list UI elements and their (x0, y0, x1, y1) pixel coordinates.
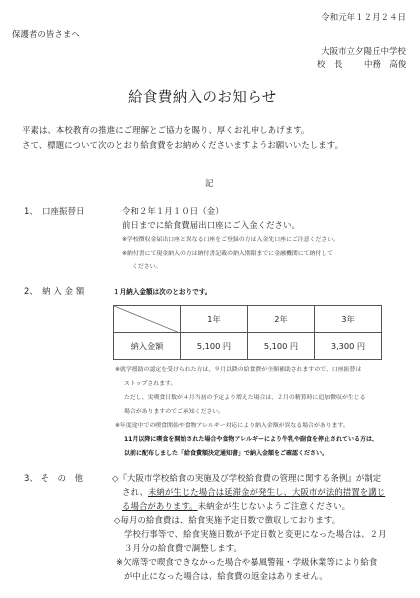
school-name: 大阪市立夕陽丘中学校 (321, 45, 406, 57)
ki-mark: 記 (205, 177, 213, 189)
page-title: 給食費納入のお知らせ (128, 86, 277, 107)
ordinance-line-2: され、未納が生じた場合は延滞金が発生し、大阪市が法的措置を講じ (122, 486, 385, 498)
fee-table-header-row: 1年 2年 3年 (114, 306, 382, 333)
principal-name: 中務 高俊 (364, 59, 406, 69)
section1-label: 1、 口座振替日 (24, 205, 85, 217)
ordinance-line-2-pre: され、 (122, 487, 148, 497)
section2-bold-note-1: 11月以降に喫食を開始された場合や食物アレルギーにより牛乳や副食を停止されている… (124, 434, 378, 443)
section2-label: 2、 納 入 金 額 (24, 285, 84, 297)
section2-note-2: ※年度途中での喫食開始や食物アレルギー対応により納入金額が異なる場合があります。 (115, 420, 349, 429)
diagonal-corner-cell (114, 306, 181, 333)
fee-table: 1年 2年 3年 納入金額 5,100 円 5,100 円 3,300 円 (113, 305, 382, 360)
section1-note-2a: ※納付書にて現金納入の方は納付書記載の納入期限までに金融機関にて納付して (122, 248, 333, 257)
ordinance-warning-underlined: 未納が生じた場合は延滞金が発生し、大阪市が法的措置を講じ (148, 487, 385, 497)
issue-date: 令和元年１２月２４日 (321, 11, 406, 23)
section2-note-1d: 場合がありますのでご承知ください。 (124, 406, 224, 415)
debit-date: 令和２年１月１０日（金） (122, 205, 224, 217)
section2-note-1a: ※就学援助の認定を受けられた方は、９月以降の給食費が全額補助されますので、口座振… (115, 364, 361, 373)
no-refund-line-2: が中止になった場合は、給食費の返金はありません。 (124, 570, 328, 582)
section2-bold-note-2: 以前に配布しました「給食費額決定通知書」で納入金額をご確認ください。 (124, 448, 328, 457)
section3-label: 3、 そ の 他 (24, 472, 83, 484)
grade-3-header: 3年 (315, 306, 382, 333)
debit-instruction: 前日までに給食費届出口座にご入金ください。 (122, 219, 300, 231)
section2-note-1b: ストップされます。 (124, 378, 176, 387)
intro-line-2: さて、標題について次のとおり給食費をお納めくださいますようお願いいたします。 (22, 139, 343, 151)
addressee: 保護者の皆さまへ (12, 28, 80, 40)
fee-table-row: 納入金額 5,100 円 5,100 円 3,300 円 (114, 333, 382, 360)
no-refund-line-1: ※欠席等で喫食できなかった場合や暴風警報・学級休業等により給食 (116, 556, 377, 568)
grade-2-amount: 5,100 円 (248, 333, 315, 360)
diagonal-line-icon (114, 306, 180, 333)
ordinance-line-3: る場合があります。未納金が生じないようご注意ください。 (122, 500, 350, 512)
monthly-fee-line-3: ３月分の給食費で調整します。 (124, 542, 242, 554)
section1-note-2b: ください。 (132, 261, 161, 270)
row-label: 納入金額 (114, 333, 181, 360)
ordinance-line-1: ◇『大阪市学校給食の実施及び学校給食費の管理に関する条例』が制定 (112, 472, 381, 484)
ordinance-line-3-post: 未納金が生じないようご注意ください。 (198, 501, 351, 511)
monthly-fee-line-1: ◇毎月の給食費は、給食実施予定日数で徴収しております。 (114, 514, 340, 526)
section2-heading: １月納入金額は次のとおりです。 (113, 286, 211, 296)
grade-3-amount: 3,300 円 (315, 333, 382, 360)
monthly-fee-line-2: 学校行事等で、給食実施日数が予定日数と変更になった場合は、２月 (124, 528, 387, 540)
principal-title: 校 長 (317, 59, 342, 69)
grade-1-amount: 5,100 円 (181, 333, 248, 360)
ordinance-warning-underlined-2: る場合があります。 (122, 501, 198, 511)
grade-1-header: 1年 (181, 306, 248, 333)
grade-2-header: 2年 (248, 306, 315, 333)
section2-note-1c: ただし、実喫食日数が４月当初の予定より増えた場合は、２月の精算時に追加徴収が生じ… (124, 392, 366, 401)
intro-line-1: 平素は、本校教育の推進にご理解とご協力を賜り、厚くお礼申しあげます。 (22, 124, 309, 136)
principal: 校 長 中務 高俊 (317, 58, 406, 70)
section1-note-1: ※学校徴収金届出口座と異なる口座をご登録の方は入金先口座にご注意ください。 (122, 234, 339, 243)
